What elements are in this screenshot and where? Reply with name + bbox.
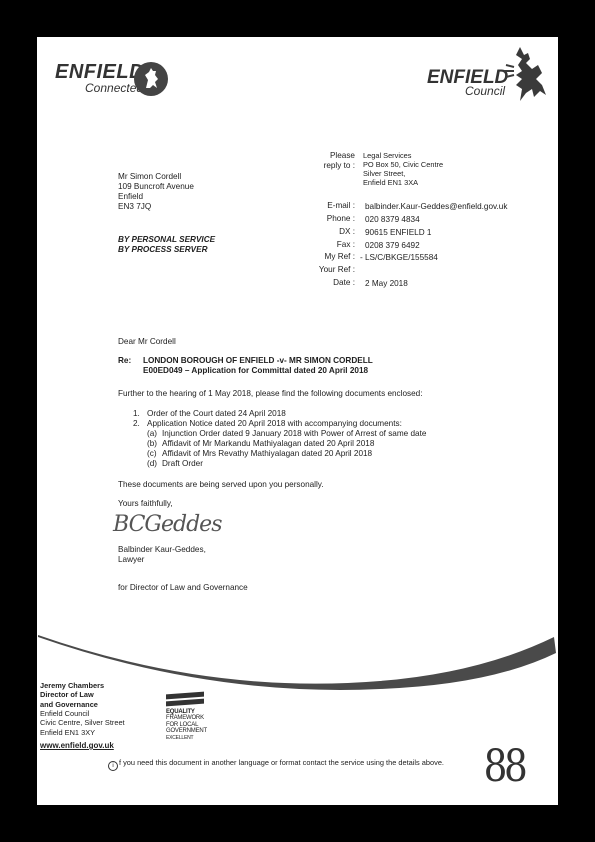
footer-address-line-3: Enfield EN1 3XY xyxy=(40,728,125,737)
reply-to-label: Please reply to : xyxy=(324,151,355,171)
signature: BCGeddes xyxy=(113,513,221,537)
re-line-2: E00ED049 – Application for Committal dat… xyxy=(143,366,373,376)
my-ref-value: - LS/C/BKGE/155584 xyxy=(360,253,438,263)
phone-value: 020 8379 4834 xyxy=(365,215,420,225)
date-value: 2 May 2018 xyxy=(365,279,408,289)
dx-value: 90615 ENFIELD 1 xyxy=(365,228,431,238)
enclosure-subitem-d: (d)Draft Order xyxy=(147,459,203,469)
decorative-swoosh xyxy=(30,615,560,695)
enclosure-item-2: 2.Application Notice dated 20 April 2018… xyxy=(133,419,402,429)
accessibility-note-text: f you need this document in another lang… xyxy=(119,758,444,767)
enclosure-subitem-b: (b)Affidavit of Mr Markandu Mathiyalagan… xyxy=(147,439,374,449)
signer-block: Balbinder Kaur-Geddes, Lawyer xyxy=(118,545,206,565)
equality-framework-logo: EQUALITY FRAMEWORK FOR LOCAL GOVERNMENT … xyxy=(166,693,207,741)
recipient-postcode: EN3 7JQ xyxy=(118,202,194,212)
subitem-text: Injunction Order dated 9 January 2018 wi… xyxy=(162,429,426,438)
enclosure-subitem-c: (c)Affidavit of Mrs Revathy Mathiyalagan… xyxy=(147,449,372,459)
email-label: E-mail : xyxy=(327,201,355,211)
reply-to-street: Silver Street, xyxy=(363,169,443,178)
signer-name: Balbinder Kaur-Geddes, xyxy=(118,545,206,555)
subitem-text: Affidavit of Mr Markandu Mathiyalagan da… xyxy=(162,439,374,448)
subitem-text: Affidavit of Mrs Revathy Mathiyalagan da… xyxy=(162,449,372,458)
enclosure-item-number: 1. xyxy=(133,409,147,419)
date-label: Date : xyxy=(333,278,355,288)
service-note-personal: BY PERSONAL SERVICE xyxy=(118,235,215,245)
reply-to-label-line2: reply to : xyxy=(324,161,355,171)
equality-logo-line-5: EXCELLENT xyxy=(166,735,207,741)
footer-address-line-2: Civic Centre, Silver Street xyxy=(40,718,125,727)
re-label: Re: xyxy=(118,356,131,366)
email-value[interactable]: balbinder.Kaur-Geddes@enfield.gov.uk xyxy=(365,202,507,212)
handwritten-page-number: 88 xyxy=(484,742,525,792)
reply-to-pobox: PO Box 50, Civic Centre xyxy=(363,160,443,169)
director-title-2: and Governance xyxy=(40,700,104,709)
enfield-connected-logo-title: ENFIELD xyxy=(55,62,144,82)
subitem-letter: (a) xyxy=(147,429,162,439)
equality-logo-line-2: FRAMEWORK xyxy=(166,715,207,721)
closing-note: These documents are being served upon yo… xyxy=(118,480,324,490)
website-link[interactable]: www.enfield.gov.uk xyxy=(40,741,114,750)
fax-value: 0208 379 6492 xyxy=(365,241,420,251)
recipient-address: Mr Simon Cordell 109 Buncroft Avenue Enf… xyxy=(118,172,194,212)
recipient-town: Enfield xyxy=(118,192,194,202)
intro-paragraph: Further to the hearing of 1 May 2018, pl… xyxy=(118,389,423,399)
equality-logo-line-4: GOVERNMENT xyxy=(166,728,207,734)
enclosure-item-number: 2. xyxy=(133,419,147,429)
equality-logo-bar xyxy=(166,699,204,707)
signer-for: for Director of Law and Governance xyxy=(118,583,248,593)
service-notes: BY PERSONAL SERVICE BY PROCESS SERVER xyxy=(118,235,215,255)
service-note-process-server: BY PROCESS SERVER xyxy=(118,245,215,255)
enfield-council-logo-subtitle: Council xyxy=(465,85,505,98)
dx-label: DX : xyxy=(339,227,355,237)
director-title-1: Director of Law xyxy=(40,690,104,699)
enclosure-item-text: Order of the Court dated 24 April 2018 xyxy=(147,409,286,418)
valediction: Yours faithfully, xyxy=(118,499,173,509)
reply-to-dept: Legal Services xyxy=(363,151,443,160)
footer-address-line-1: Enfield Council xyxy=(40,709,125,718)
subitem-letter: (c) xyxy=(147,449,162,459)
reply-to-label-line1: Please xyxy=(324,151,355,161)
info-circle-icon: i xyxy=(108,761,118,771)
reply-to-address: Legal Services PO Box 50, Civic Centre S… xyxy=(363,151,443,187)
signer-title: Lawyer xyxy=(118,555,206,565)
dragon-badge-icon xyxy=(134,62,168,96)
reply-to-town: Enfield EN1 3XA xyxy=(363,178,443,187)
accessibility-note: if you need this document in another lan… xyxy=(108,758,444,771)
enclosure-item-text: Application Notice dated 20 April 2018 w… xyxy=(147,419,402,428)
re-subject: LONDON BOROUGH OF ENFIELD -v- MR SIMON C… xyxy=(143,356,373,376)
director-name: Jeremy Chambers xyxy=(40,681,104,690)
fax-label: Fax : xyxy=(337,240,355,250)
subitem-text: Draft Order xyxy=(162,459,203,468)
footer-address: Enfield Council Civic Centre, Silver Str… xyxy=(40,709,125,737)
subitem-letter: (b) xyxy=(147,439,162,449)
footer-director: Jeremy Chambers Director of Law and Gove… xyxy=(40,681,104,709)
salutation: Dear Mr Cordell xyxy=(118,337,176,347)
my-ref-label: My Ref : xyxy=(325,252,355,262)
enfield-beast-icon xyxy=(502,45,556,105)
re-line-1: LONDON BOROUGH OF ENFIELD -v- MR SIMON C… xyxy=(143,356,373,366)
enclosure-item-1: 1.Order of the Court dated 24 April 2018 xyxy=(133,409,286,419)
recipient-name: Mr Simon Cordell xyxy=(118,172,194,182)
your-ref-label: Your Ref : xyxy=(319,265,355,275)
subitem-letter: (d) xyxy=(147,459,162,469)
phone-label: Phone : xyxy=(327,214,355,224)
recipient-street: 109 Buncroft Avenue xyxy=(118,182,194,192)
enclosure-subitem-a: (a)Injunction Order dated 9 January 2018… xyxy=(147,429,426,439)
